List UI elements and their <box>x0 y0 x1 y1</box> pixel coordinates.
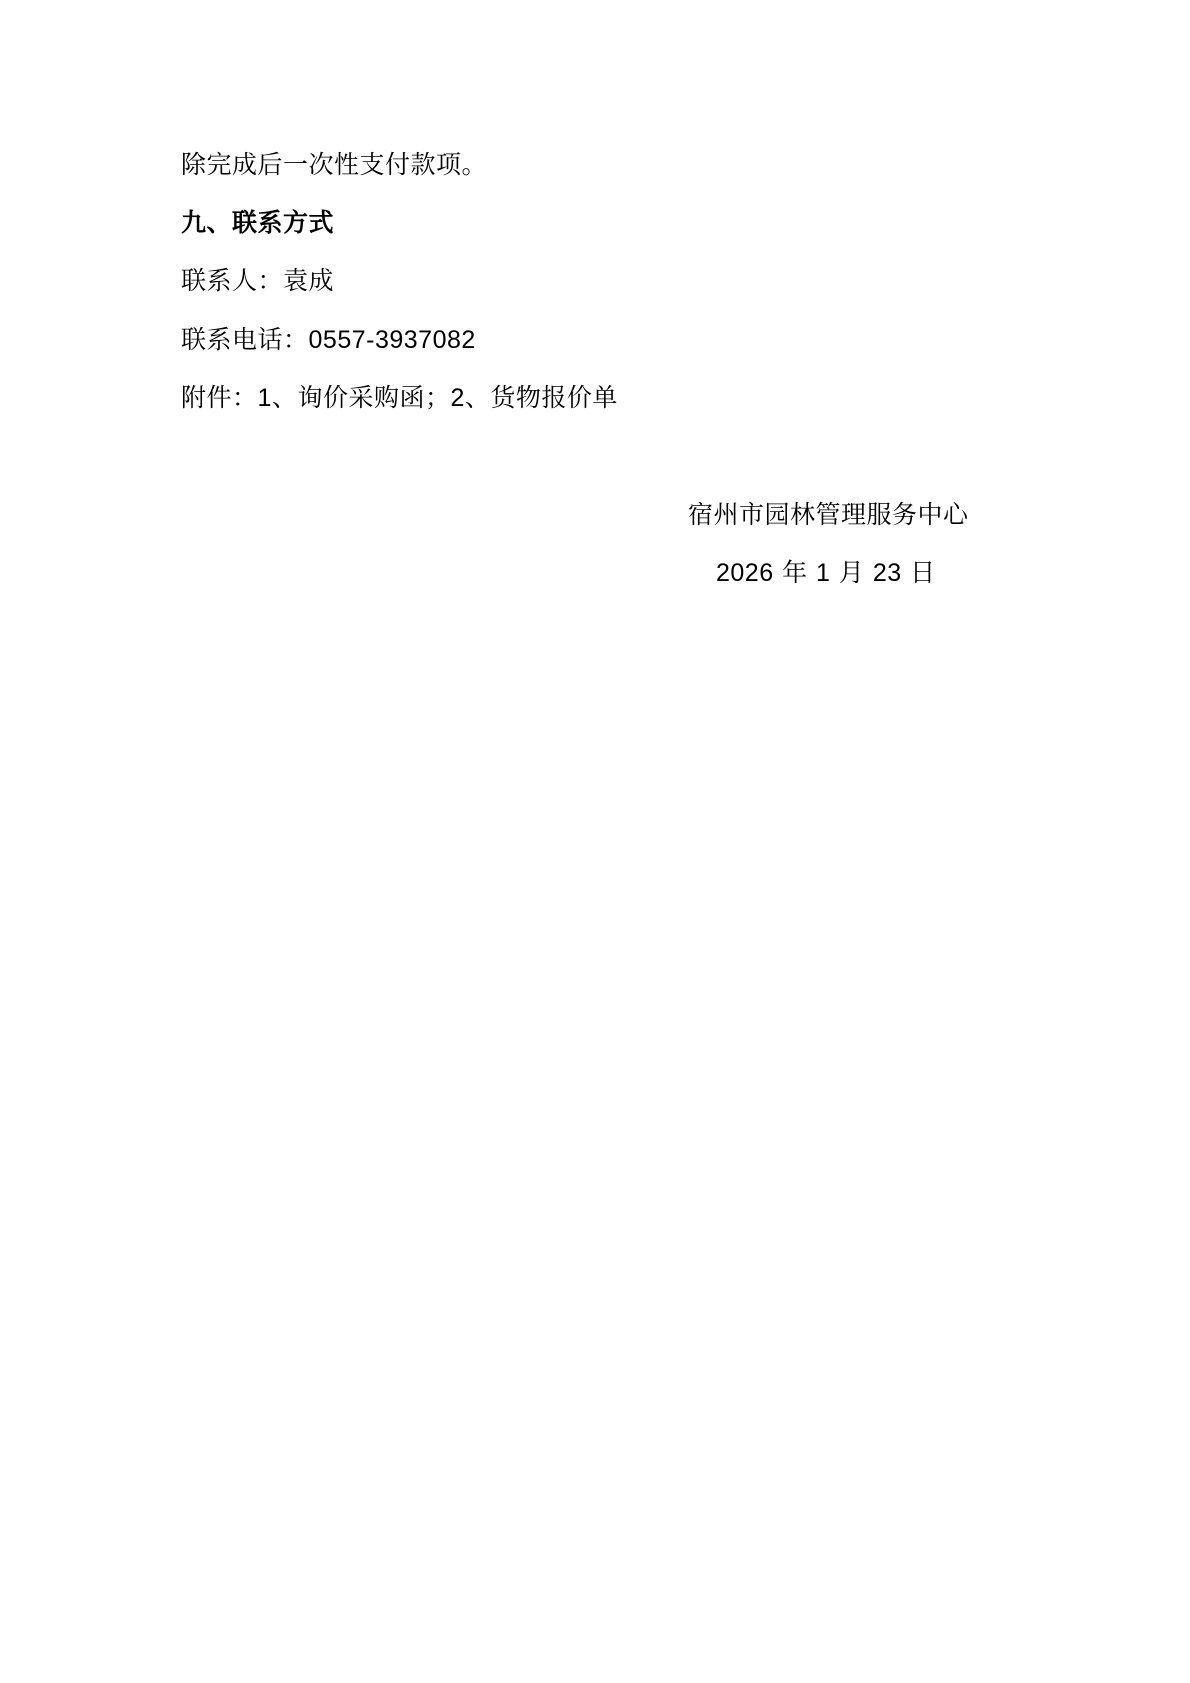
date-month-unit: 月 <box>839 558 865 587</box>
payment-terms-continuation: 除完成后一次性支付款项。 <box>181 148 487 182</box>
attachments-label: 附件： <box>181 383 258 412</box>
attachment-2-number: 2 <box>450 384 464 412</box>
date-month: 1 <box>816 559 830 587</box>
date-year: 2026 <box>716 559 774 587</box>
contact-phone-line: 联系电话：0557-3937082 <box>181 323 476 357</box>
attachment-1-number: 1 <box>258 384 272 412</box>
attachment-1-title: 询价采购函 <box>297 383 425 412</box>
contact-person-line: 联系人：袁成 <box>181 264 334 298</box>
contact-phone-label: 联系电话： <box>181 325 309 354</box>
document-page: 除完成后一次性支付款项。 九、联系方式 联系人：袁成 联系电话：0557-393… <box>0 0 1190 1683</box>
list-separator: ； <box>425 383 451 412</box>
enum-separator: 、 <box>272 383 298 412</box>
attachments-line: 附件：1、询价采购函；2、货物报价单 <box>181 381 618 415</box>
signature-date: 2026 年 1 月 23 日 <box>716 556 936 590</box>
date-day: 23 <box>873 559 902 587</box>
date-day-unit: 日 <box>910 558 936 587</box>
contact-phone-value: 0557-3937082 <box>309 326 476 354</box>
signature-organization: 宿州市园林管理服务中心 <box>688 498 969 532</box>
enum-separator: 、 <box>465 383 491 412</box>
attachment-2-title: 货物报价单 <box>490 383 618 412</box>
contact-person-label: 联系人： <box>181 266 283 295</box>
contact-person-value: 袁成 <box>283 266 334 295</box>
section-heading-contact: 九、联系方式 <box>181 206 334 240</box>
date-year-unit: 年 <box>782 558 808 587</box>
